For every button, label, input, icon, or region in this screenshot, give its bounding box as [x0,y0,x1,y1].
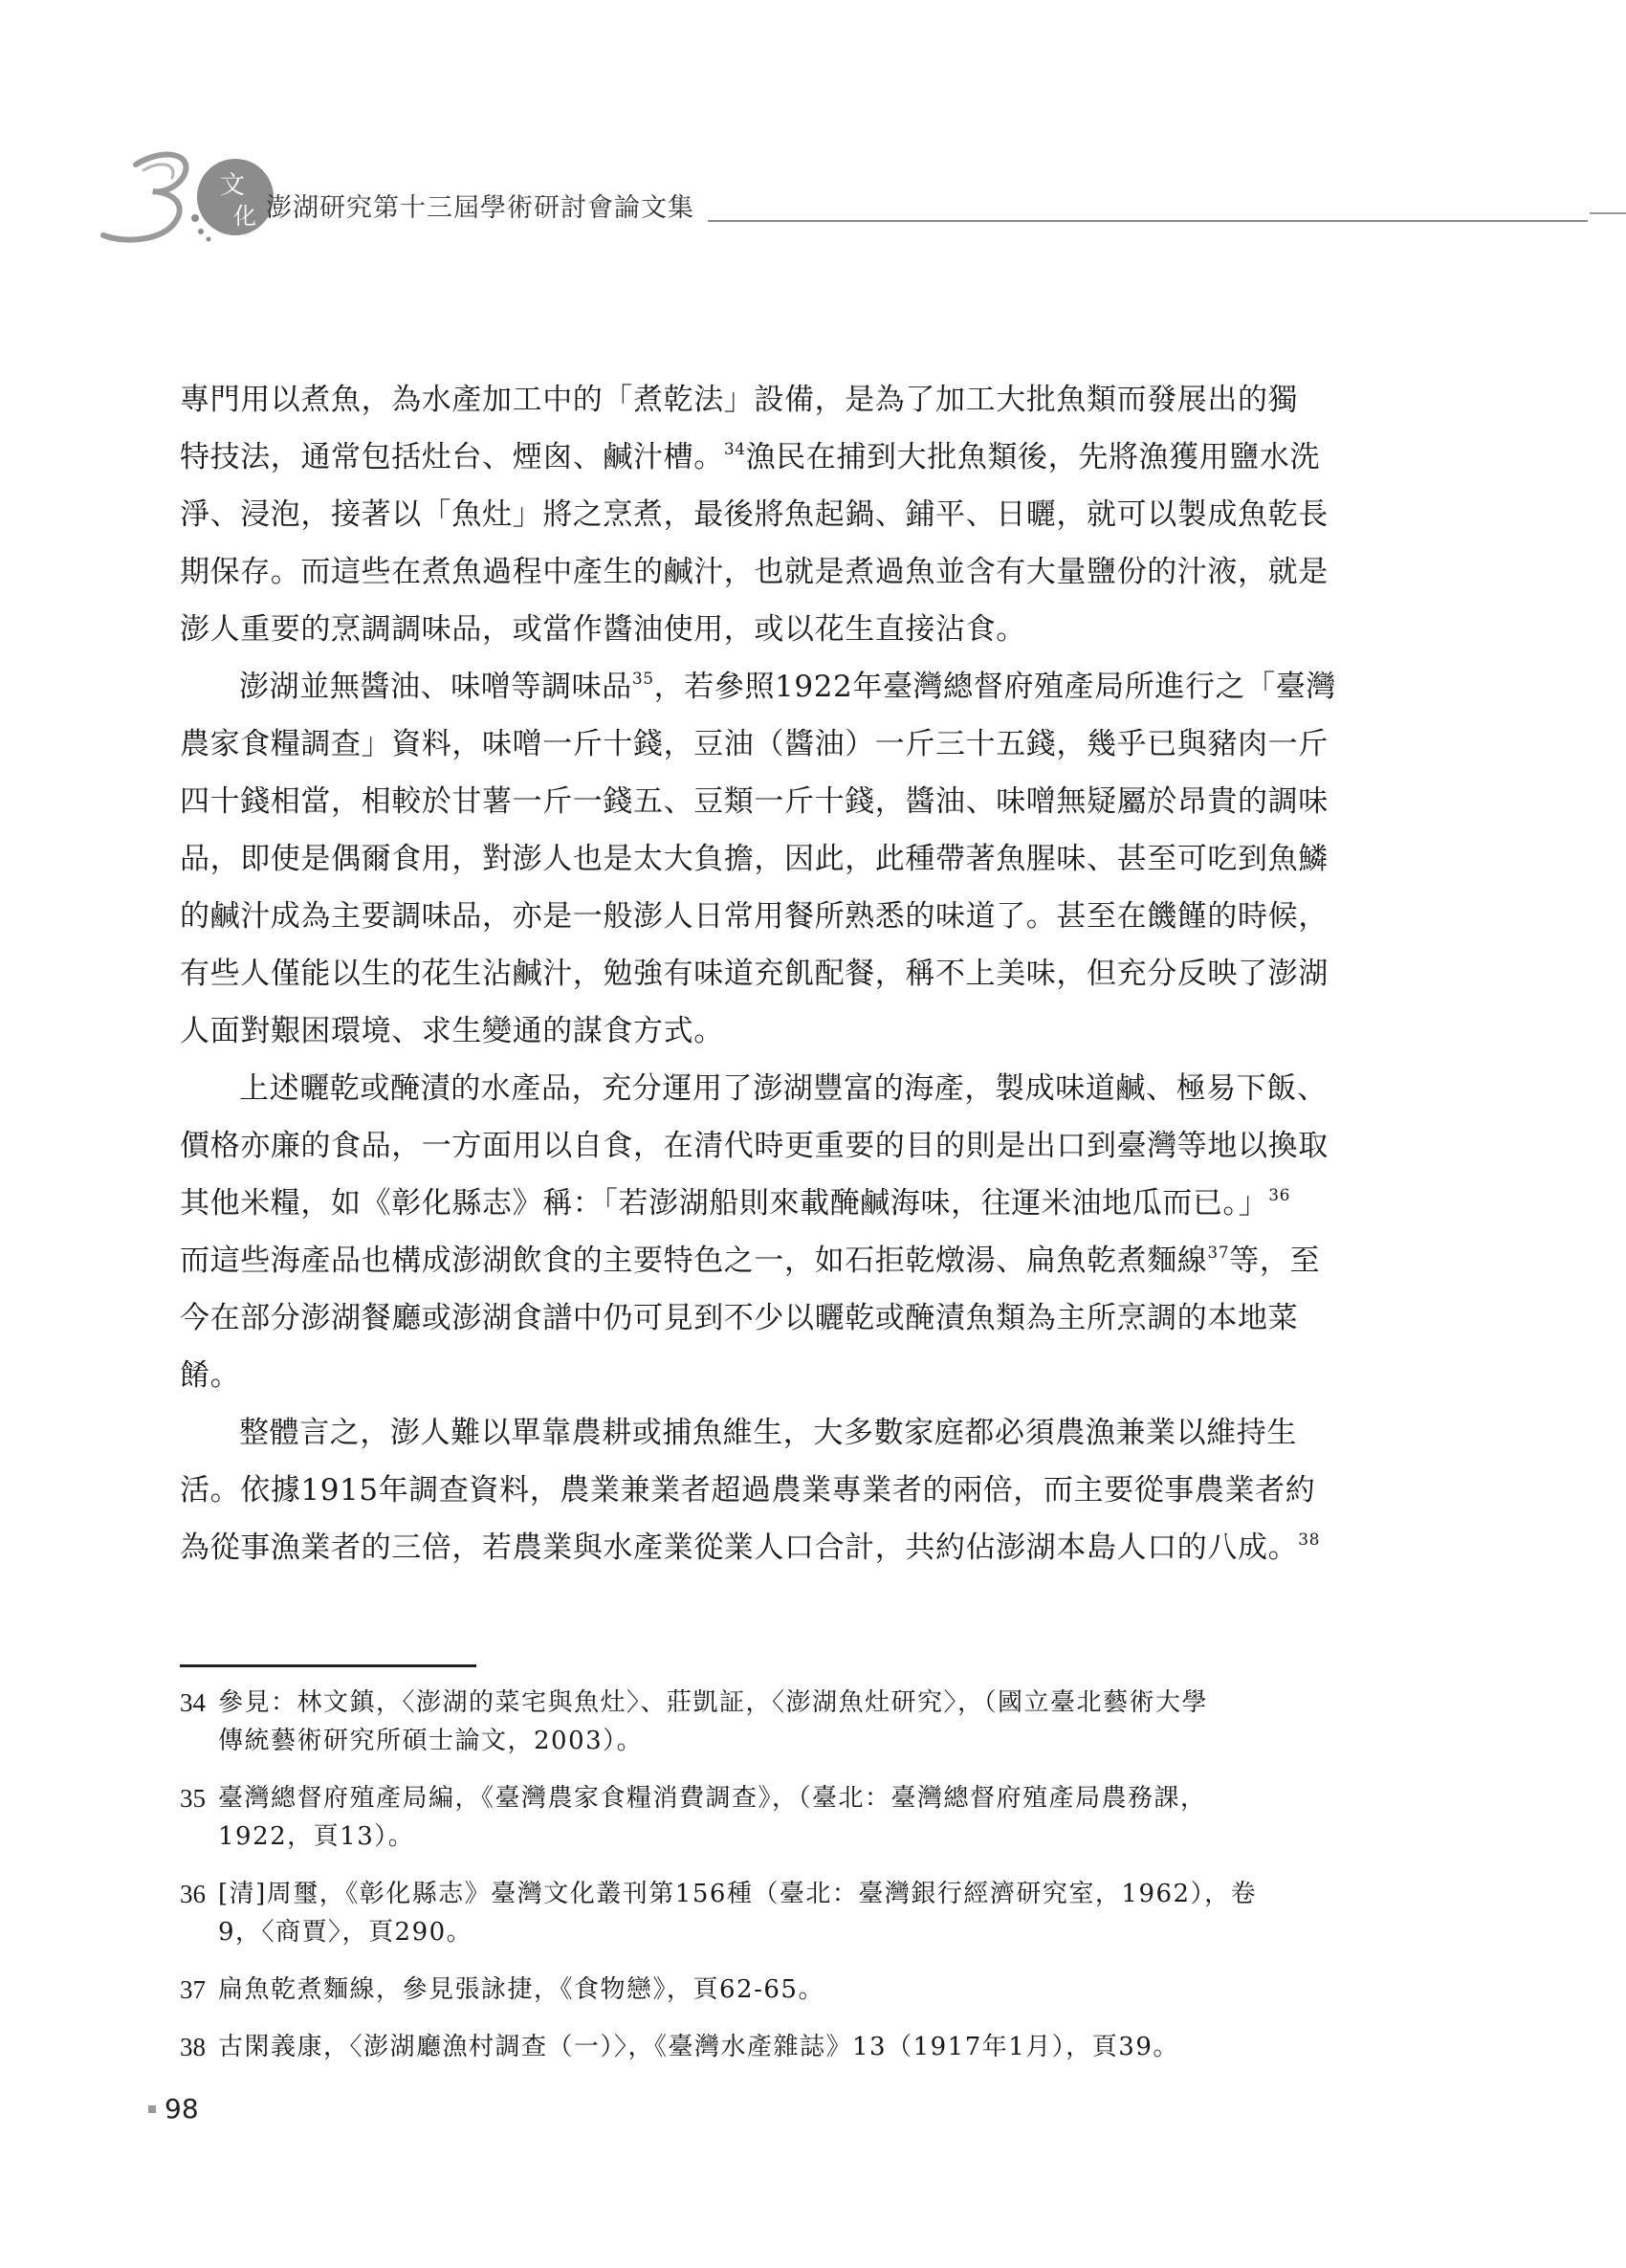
footnote-37: 37扁魚乾煮麵線，參見張詠捷，《食物戀》，頁62-65。 [180,1971,1373,2009]
footnote-number: 38 [180,2028,218,2066]
text-line: 的鹹汁成為主要調味品，亦是一般澎人日常用餐所熟悉的味道了。甚至在饑饉的時候， [180,888,1373,945]
footnote-number: 36 [180,1875,218,1951]
text-line: 參見：林文鎮，〈澎湖的菜宅與魚灶〉、莊凱証，〈澎湖魚灶研究〉，（國立臺北藝術大學 [218,1684,1373,1722]
footnotes: 34參見：林文鎮，〈澎湖的菜宅與魚灶〉、莊凱証，〈澎湖魚灶研究〉，（國立臺北藝術… [180,1684,1373,2085]
text-line: 1922，頁13）。 [218,1817,1373,1856]
text-line: 農家食糧調查」資料，味噌一斤十錢，豆油（醬油）一斤三十五錢，幾乎已與豬肉一斤 [180,716,1373,773]
svg-text:文: 文 [220,171,245,200]
page-number-value: 98 [165,2093,199,2125]
footnote-38: 38古閑義康，〈澎湖廳漁村調查（一）〉，《臺灣水產雜誌》13（1917年1月），… [180,2028,1373,2066]
footnote-number: 37 [180,1971,218,2009]
main-text: 專門用以煮魚，為水產加工中的「煮乾法」設備，是為了加工大批魚類而發展出的獨特技法… [180,371,1373,1576]
text-line: 澎人重要的烹調調味品，或當作醬油使用，或以花生直接沾食。 [180,601,1373,658]
text-line: 專門用以煮魚，為水產加工中的「煮乾法」設備，是為了加工大批魚類而發展出的獨 [180,371,1373,429]
footnote-text: 參見：林文鎮，〈澎湖的菜宅與魚灶〉、莊凱証，〈澎湖魚灶研究〉，（國立臺北藝術大學… [218,1684,1373,1760]
text-line: 四十錢相當，相較於甘薯一斤一錢五、豆類一斤十錢，醬油、味噌無疑屬於昂貴的調味 [180,773,1373,830]
paragraph: 專門用以煮魚，為水產加工中的「煮乾法」設備，是為了加工大批魚類而發展出的獨特技法… [180,371,1373,658]
header-rule-end [1590,212,1626,214]
text-line: 古閑義康，〈澎湖廳漁村調查（一）〉，《臺灣水產雜誌》13（1917年1月），頁3… [218,2028,1373,2066]
book-title: 澎湖研究第十三屆學術研討會論文集 [266,187,694,224]
footnote-text: [清]周璽，《彰化縣志》臺灣文化叢刊第156種（臺北：臺灣銀行經濟研究室，196… [218,1875,1373,1951]
footnote-number: 34 [180,1684,218,1760]
text-line: 澎湖並無醬油、味噌等調味品35，若參照1922年臺灣總督府殖產局所進行之「臺灣 [239,658,1373,716]
text-line: 品，即使是偶爾食用，對澎人也是太大負擔，因此，此種帶著魚腥味、甚至可吃到魚鱗 [180,830,1373,888]
footnote-text: 古閑義康，〈澎湖廳漁村調查（一）〉，《臺灣水產雜誌》13（1917年1月），頁3… [218,2028,1373,2066]
text-line: [清]周璽，《彰化縣志》臺灣文化叢刊第156種（臺北：臺灣銀行經濟研究室，196… [218,1875,1373,1913]
text-line: 有些人僅能以生的花生沾鹹汁，勉強有味道充飢配餐，稱不上美味，但充分反映了澎湖 [180,945,1373,1002]
square-bullet-icon [148,2105,156,2113]
text-line: 9，〈商賈〉，頁290。 [218,1913,1373,1951]
text-line: 臺灣總督府殖產局編，《臺灣農家食糧消費調查》，（臺北：臺灣總督府殖產局農務課， [218,1779,1373,1817]
paragraph: 澎湖並無醬油、味噌等調味品35，若參照1922年臺灣總督府殖產局所進行之「臺灣農… [180,658,1373,1060]
footnote-ref-34[interactable]: 34 [724,440,746,459]
footnote-35: 35臺灣總督府殖產局編，《臺灣農家食糧消費調查》，（臺北：臺灣總督府殖產局農務課… [180,1779,1373,1856]
text-line: 今在部分澎湖餐廳或澎湖食譜中仍可見到不少以曬乾或醃漬魚類為主所烹調的本地菜 [180,1289,1373,1347]
page-number: 98 [148,2093,199,2125]
text-line: 活。依據1915年調查資料，農業兼業者超過農業專業者的兩倍，而主要從事農業者約 [180,1462,1373,1519]
footnote-34: 34參見：林文鎮，〈澎湖的菜宅與魚灶〉、莊凱証，〈澎湖魚灶研究〉，（國立臺北藝術… [180,1684,1373,1760]
text-line: 其他米糧，如《彰化縣志》稱：「若澎湖船則來載醃鹹海味，往運米油地瓜而已。」36 [180,1175,1373,1232]
footnote-number: 35 [180,1779,218,1856]
text-line: 淨、浸泡，接著以「魚灶」將之烹煮，最後將魚起鍋、鋪平、日曬，就可以製成魚乾長 [180,486,1373,543]
text-line: 餚。 [180,1347,1373,1404]
paragraph: 整體言之，澎人難以單靠農耕或捕魚維生，大多數家庭都必須農漁兼業以維持生活。依據1… [180,1404,1373,1576]
text-line: 期保存。而這些在煮魚過程中產生的鹹汁，也就是煮過魚並含有大量鹽份的汁液，就是 [180,543,1373,601]
paragraph: 上述曬乾或醃漬的水產品，充分運用了澎湖豐富的海產，製成味道鹹、極易下飯、價格亦廉… [180,1060,1373,1404]
text-line: 而這些海產品也構成澎湖飲食的主要特色之一，如石拒乾燉湯、扁魚乾煮麵線37等，至 [180,1232,1373,1289]
footnote-36: 36[清]周璽，《彰化縣志》臺灣文化叢刊第156種（臺北：臺灣銀行經濟研究室，1… [180,1875,1373,1951]
footnote-text: 扁魚乾煮麵線，參見張詠捷，《食物戀》，頁62-65。 [218,1971,1373,2009]
footnote-ref-36[interactable]: 36 [1268,1186,1290,1205]
footnote-separator [180,1664,476,1667]
svg-text:化: 化 [233,203,256,230]
running-header: 文 化 澎湖研究第十三屆學術研討會論文集 [0,0,1626,249]
conference-logo-icon: 文 化 [96,143,277,249]
text-line: 價格亦廉的食品，一方面用以自食，在清代時更重要的目的則是出口到臺灣等地以換取 [180,1117,1373,1175]
text-line: 特技法，通常包括灶台、煙囪、鹹汁槽。34漁民在捕到大批魚類後，先將漁獲用鹽水洗 [180,429,1373,486]
text-line: 上述曬乾或醃漬的水產品，充分運用了澎湖豐富的海產，製成味道鹹、極易下飯、 [239,1060,1373,1117]
footnote-ref-38[interactable]: 38 [1298,1530,1320,1550]
footnote-text: 臺灣總督府殖產局編，《臺灣農家食糧消費調查》，（臺北：臺灣總督府殖產局農務課，1… [218,1779,1373,1856]
footnote-ref-35[interactable]: 35 [632,670,654,689]
footnote-ref-37[interactable]: 37 [1207,1244,1229,1263]
text-line: 整體言之，澎人難以單靠農耕或捕魚維生，大多數家庭都必須農漁兼業以維持生 [239,1404,1373,1462]
text-line: 人面對艱困環境、求生變通的謀食方式。 [180,1002,1373,1060]
text-line: 扁魚乾煮麵線，參見張詠捷，《食物戀》，頁62-65。 [218,1971,1373,2009]
text-line: 傳統藝術研究所碩士論文，2003）。 [218,1722,1373,1760]
text-line: 為從事漁業者的三倍，若農業與水產業從業人口合計，共約佔澎湖本島人口的八成。38 [180,1519,1373,1576]
header-rule [708,220,1588,222]
